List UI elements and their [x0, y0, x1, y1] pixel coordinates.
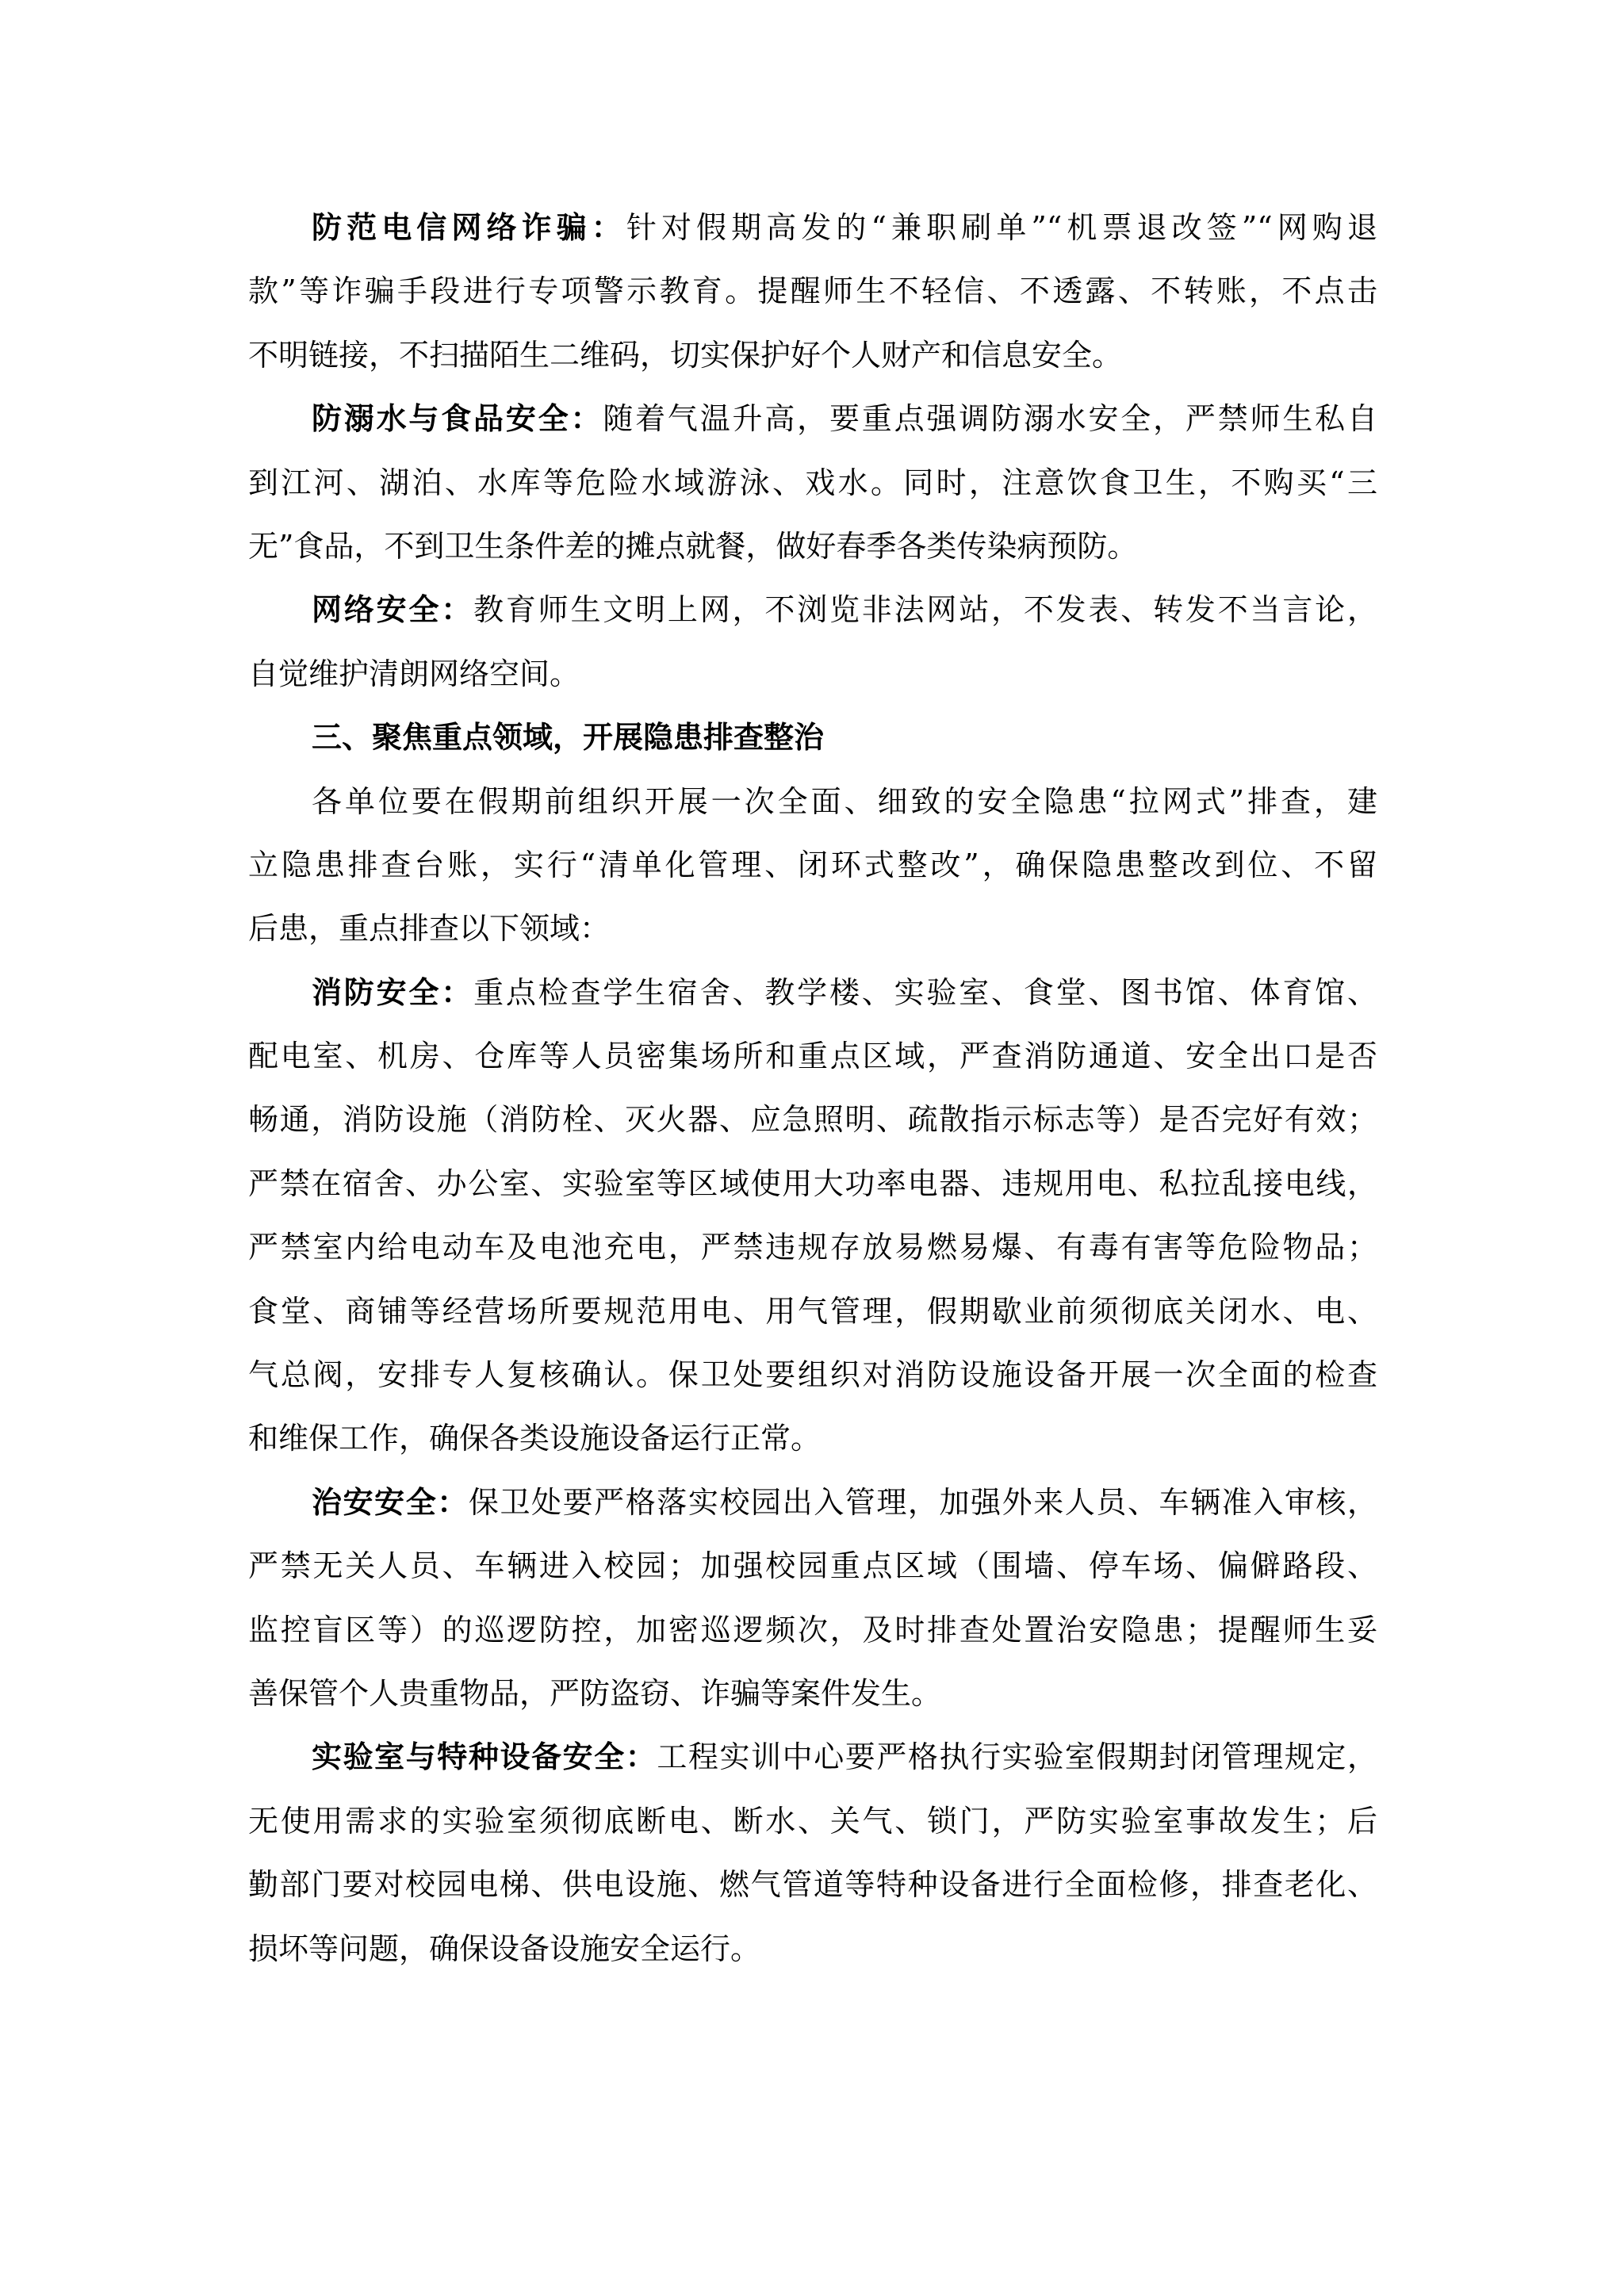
text-line: 三、聚焦重点领域，开展隐患排查整治: [248, 706, 1377, 769]
text-run: 立隐患排查台账，实行“清单化管理、闭环式整改”，确保隐患整改到位、不留: [248, 848, 1377, 882]
text-line: 严禁室内给电动车及电池充电，严禁违规存放易燃易爆、有毒有害等危险物品；: [248, 1215, 1377, 1279]
text-line: 立隐患排查台账，实行“清单化管理、闭环式整改”，确保隐患整改到位、不留: [248, 833, 1377, 897]
text-line: 治安安全：保卫处要严格落实校园出入管理，加强外来人员、车辆准入审核，: [248, 1471, 1377, 1534]
text-line: 食堂、商铺等经营场所要规范用电、用气管理，假期歇业前须彻底关闭水、电、: [248, 1280, 1377, 1343]
text-line: 和维保工作，确保各类设施设备运行正常。: [248, 1406, 1377, 1470]
bold-run: 网络安全：: [312, 591, 473, 627]
text-run: 严禁室内给电动车及电池充电，严禁违规存放易燃易爆、有毒有害等危险物品；: [248, 1230, 1377, 1265]
text-line: 勤部门要对校园电梯、供电设施、燃气管道等特种设备进行全面检修，排查老化、: [248, 1853, 1377, 1916]
text-run: 食堂、商铺等经营场所要规范用电、用气管理，假期歇业前须彻底关闭水、电、: [248, 1294, 1377, 1329]
text-run: 无使用需求的实验室须彻底断电、断水、关气、锁门，严防实验室事故发生；后: [248, 1804, 1377, 1839]
text-run: 后患，重点排查以下领域：: [248, 911, 610, 946]
text-line: 不明链接，不扫描陌生二维码，切实保护好个人财产和信息安全。: [248, 323, 1377, 387]
text-line: 网络安全：教育师生文明上网，不浏览非法网站，不发表、转发不当言论，: [248, 578, 1377, 641]
text-line: 善保管个人贵重物品，严防盗窃、诈骗等案件发生。: [248, 1662, 1377, 1725]
text-line: 严禁无关人员、车辆进入校园；加强校园重点区域（围墙、停车场、偏僻路段、: [248, 1534, 1377, 1598]
text-line: 配电室、机房、仓库等人员密集场所和重点区域，严查消防通道、安全出口是否: [248, 1024, 1377, 1088]
text-run: 到江河、湖泊、水库等危险水域游泳、戏水。同时，注意饮食卫生，不购买“三: [248, 465, 1377, 500]
text-line: 款”等诈骗手段进行专项警示教育。提醒师生不轻信、不透露、不转账，不点击: [248, 259, 1377, 323]
text-run: 不明链接，不扫描陌生二维码，切实保护好个人财产和信息安全。: [248, 338, 1122, 373]
text-run: 善保管个人贵重物品，严防盗窃、诈骗等案件发生。: [248, 1676, 941, 1711]
text-line: 实验室与特种设备安全：工程实训中心要严格执行实验室假期封闭管理规定，: [248, 1725, 1377, 1789]
text-line: 气总阀，安排专人复核确认。保卫处要组织对消防设施设备开展一次全面的检查: [248, 1343, 1377, 1406]
document-body: 防范电信网络诈骗：针对假期高发的“兼职刷单”“机票退改签”“网购退款”等诈骗手段…: [248, 196, 1377, 1980]
bold-run: 三、聚焦重点领域，开展隐患排查整治: [312, 719, 824, 755]
text-run: 严禁无关人员、车辆进入校园；加强校园重点区域（围墙、停车场、偏僻路段、: [248, 1548, 1377, 1583]
text-line: 自觉维护清朗网络空间。: [248, 642, 1377, 706]
text-run: 损坏等问题，确保设备设施安全运行。: [248, 1931, 760, 1966]
text-run: 工程实训中心要严格执行实验室假期封闭管理规定，: [657, 1739, 1377, 1774]
text-run: 针对假期高发的“兼职刷单”“机票退改签”“网购退: [626, 210, 1377, 245]
text-line: 后患，重点排查以下领域：: [248, 897, 1377, 960]
text-run: 监控盲区等）的巡逻防控，加密巡逻频次，及时排查处置治安隐患；提醒师生妥: [248, 1613, 1377, 1647]
text-run: 配电室、机房、仓库等人员密集场所和重点区域，严查消防通道、安全出口是否: [248, 1039, 1377, 1073]
text-line: 畅通，消防设施（消防栓、灭火器、应急照明、疏散指示标志等）是否完好有效；: [248, 1088, 1377, 1151]
text-run: 和维保工作，确保各类设施设备运行正常。: [248, 1421, 821, 1456]
text-line: 监控盲区等）的巡逻防控，加密巡逻频次，及时排查处置治安隐患；提醒师生妥: [248, 1598, 1377, 1662]
text-run: 教育师生文明上网，不浏览非法网站，不发表、转发不当言论，: [473, 592, 1377, 627]
bold-run: 防范电信网络诈骗：: [312, 209, 626, 245]
text-run: 重点检查学生宿舍、教学楼、实验室、食堂、图书馆、体育馆、: [473, 975, 1377, 1010]
text-run: 畅通，消防设施（消防栓、灭火器、应急照明、疏散指示标志等）是否完好有效；: [248, 1102, 1377, 1137]
text-run: 款”等诈骗手段进行专项警示教育。提醒师生不轻信、不透露、不转账，不点击: [248, 274, 1377, 308]
text-run: 无”食品，不到卫生条件差的摊点就餐，做好春季各类传染病预防。: [248, 529, 1137, 564]
text-line: 各单位要在假期前组织开展一次全面、细致的安全隐患“拉网式”排查，建: [248, 770, 1377, 833]
text-run: 气总阀，安排专人复核确认。保卫处要组织对消防设施设备开展一次全面的检查: [248, 1357, 1377, 1392]
text-line: 严禁在宿舍、办公室、实验室等区域使用大功率电器、违规用电、私拉乱接电线，: [248, 1152, 1377, 1215]
text-line: 无使用需求的实验室须彻底断电、断水、关气、锁门，严防实验室事故发生；后: [248, 1789, 1377, 1853]
bold-run: 实验室与特种设备安全：: [312, 1739, 657, 1774]
text-line: 到江河、湖泊、水库等危险水域游泳、戏水。同时，注意饮食卫生，不购买“三: [248, 451, 1377, 515]
text-line: 损坏等问题，确保设备设施安全运行。: [248, 1917, 1377, 1980]
text-run: 自觉维护清朗网络空间。: [248, 656, 580, 691]
text-line: 防溺水与食品安全：随着气温升高，要重点强调防溺水安全，严禁师生私自: [248, 387, 1377, 450]
text-line: 防范电信网络诈骗：针对假期高发的“兼职刷单”“机票退改签”“网购退: [248, 196, 1377, 259]
text-run: 严禁在宿舍、办公室、实验室等区域使用大功率电器、违规用电、私拉乱接电线，: [248, 1166, 1377, 1201]
bold-run: 防溺水与食品安全：: [312, 400, 603, 436]
text-line: 消防安全：重点检查学生宿舍、教学楼、实验室、食堂、图书馆、体育馆、: [248, 961, 1377, 1024]
text-run: 随着气温升高，要重点强调防溺水安全，严禁师生私自: [603, 401, 1377, 436]
document-page: 防范电信网络诈骗：针对假期高发的“兼职刷单”“机票退改签”“网购退款”等诈骗手段…: [0, 0, 1624, 2296]
text-run: 各单位要在假期前组织开展一次全面、细致的安全隐患“拉网式”排查，建: [312, 784, 1377, 819]
text-line: 无”食品，不到卫生条件差的摊点就餐，做好春季各类传染病预防。: [248, 515, 1377, 578]
bold-run: 消防安全：: [312, 974, 473, 1010]
text-run: 保卫处要严格落实校园出入管理，加强外来人员、车辆准入审核，: [469, 1485, 1377, 1520]
text-run: 勤部门要对校园电梯、供电设施、燃气管道等特种设备进行全面检修，排查老化、: [248, 1867, 1377, 1902]
bold-run: 治安安全：: [312, 1484, 469, 1520]
